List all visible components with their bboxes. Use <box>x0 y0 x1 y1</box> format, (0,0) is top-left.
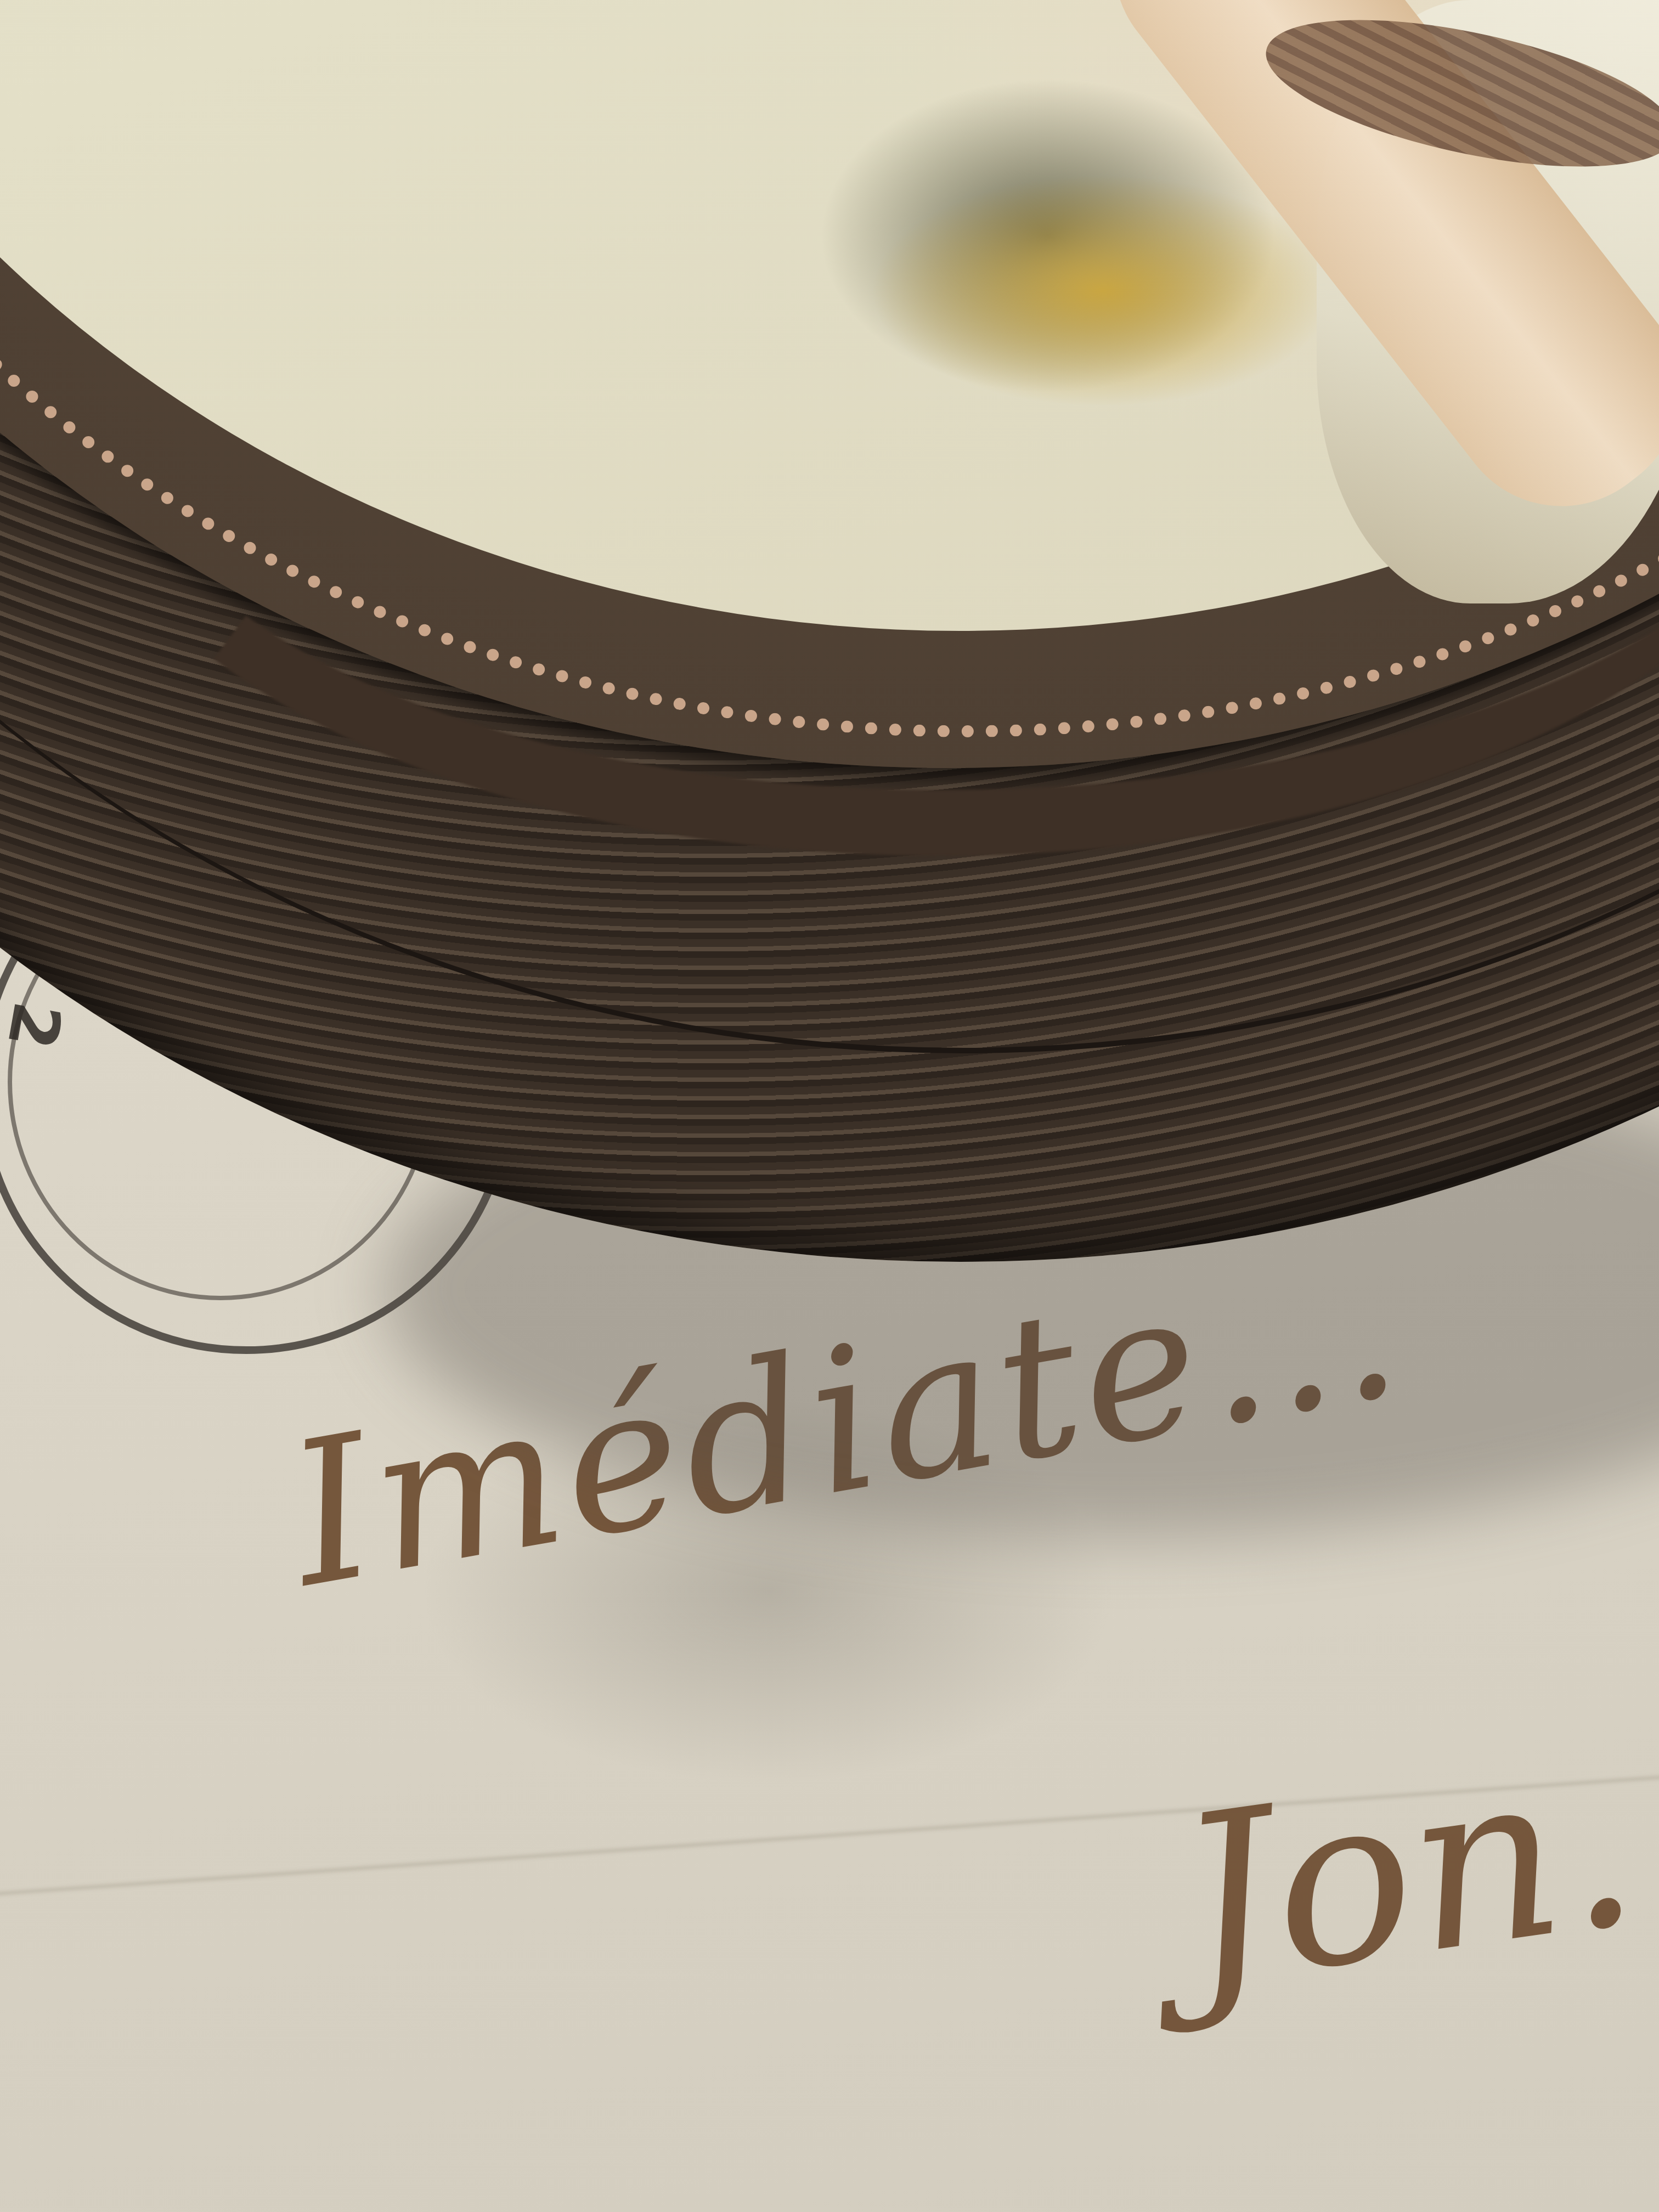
photo-scene: 2 JUIL 64 …ʒ3… Imédiate… Jon… <box>0 0 1659 2212</box>
